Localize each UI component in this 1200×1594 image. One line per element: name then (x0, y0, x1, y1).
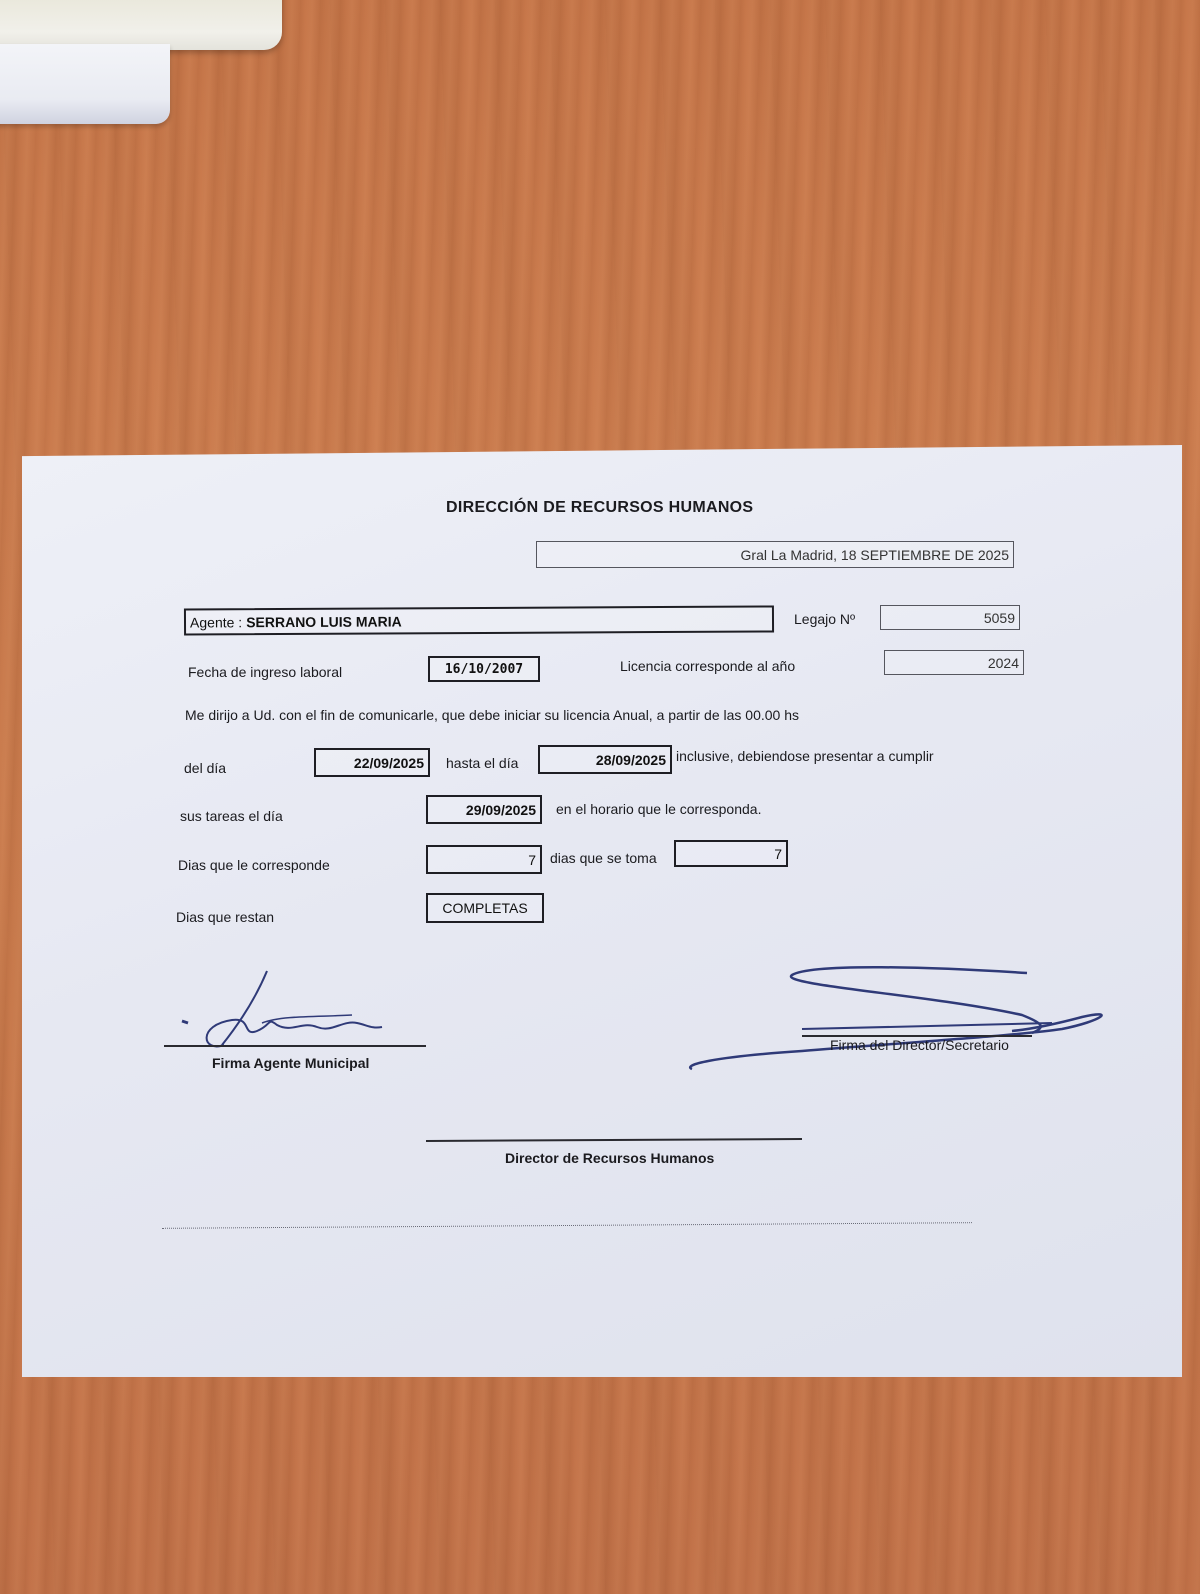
return-date-field: 29/09/2025 (426, 795, 542, 824)
licencia-label: Licencia corresponde al año (620, 658, 795, 674)
form-title: DIRECCIÓN DE RECURSOS HUMANOS (446, 499, 753, 517)
agent-signature-line (164, 1045, 426, 1047)
agent-label: Agente : (190, 614, 242, 630)
hasta-label: hasta el día (446, 755, 518, 771)
top-perforation (202, 447, 902, 448)
dias-toma-field: 7 (674, 840, 788, 867)
firma-agente-label: Firma Agente Municipal (212, 1055, 369, 1071)
bottom-perforation (162, 1222, 972, 1229)
desk-tray (0, 0, 282, 50)
firma-director-label: Firma del Director/Secretario (830, 1037, 1009, 1053)
legajo-label: Legajo Nº (794, 611, 855, 627)
start-date-field: 22/09/2025 (314, 748, 430, 777)
dias-corresponde-field: 7 (426, 845, 542, 874)
ingreso-field: 16/10/2007 (428, 656, 540, 682)
legajo-field: 5059 (880, 605, 1020, 630)
dias-toma-label: dias que se toma (550, 850, 657, 866)
leave-notice-form: DIRECCIÓN DE RECURSOS HUMANOS Gral La Ma… (22, 445, 1182, 1377)
director-signature-icon (682, 965, 1122, 1075)
end-date-field: 28/09/2025 (538, 745, 672, 774)
agent-field: Agente : SERRANO LUIS MARIA (184, 605, 774, 635)
director-rrhh-label: Director de Recursos Humanos (505, 1150, 714, 1166)
inclusive-text: inclusive, debiendose presentar a cumpli… (676, 748, 934, 764)
licencia-year-field: 2024 (884, 650, 1024, 675)
intro-text: Me dirijo a Ud. con el fin de comunicarl… (185, 707, 799, 723)
horario-text: en el horario que le corresponda. (556, 801, 761, 817)
tareas-label: sus tareas el día (180, 808, 283, 824)
dias-restan-label: Dias que restan (176, 909, 274, 925)
ingreso-label: Fecha de ingreso laboral (188, 664, 342, 680)
director-rrhh-line (426, 1138, 802, 1141)
dias-corresponde-label: Dias que le corresponde (178, 857, 330, 873)
agent-signature-icon (162, 965, 422, 1055)
agent-name: SERRANO LUIS MARIA (246, 613, 402, 630)
paper-stack (0, 44, 170, 124)
dias-restan-field: COMPLETAS (426, 893, 544, 923)
del-dia-label: del día (184, 760, 226, 776)
place-date-field: Gral La Madrid, 18 SEPTIEMBRE DE 2025 (536, 541, 1014, 568)
